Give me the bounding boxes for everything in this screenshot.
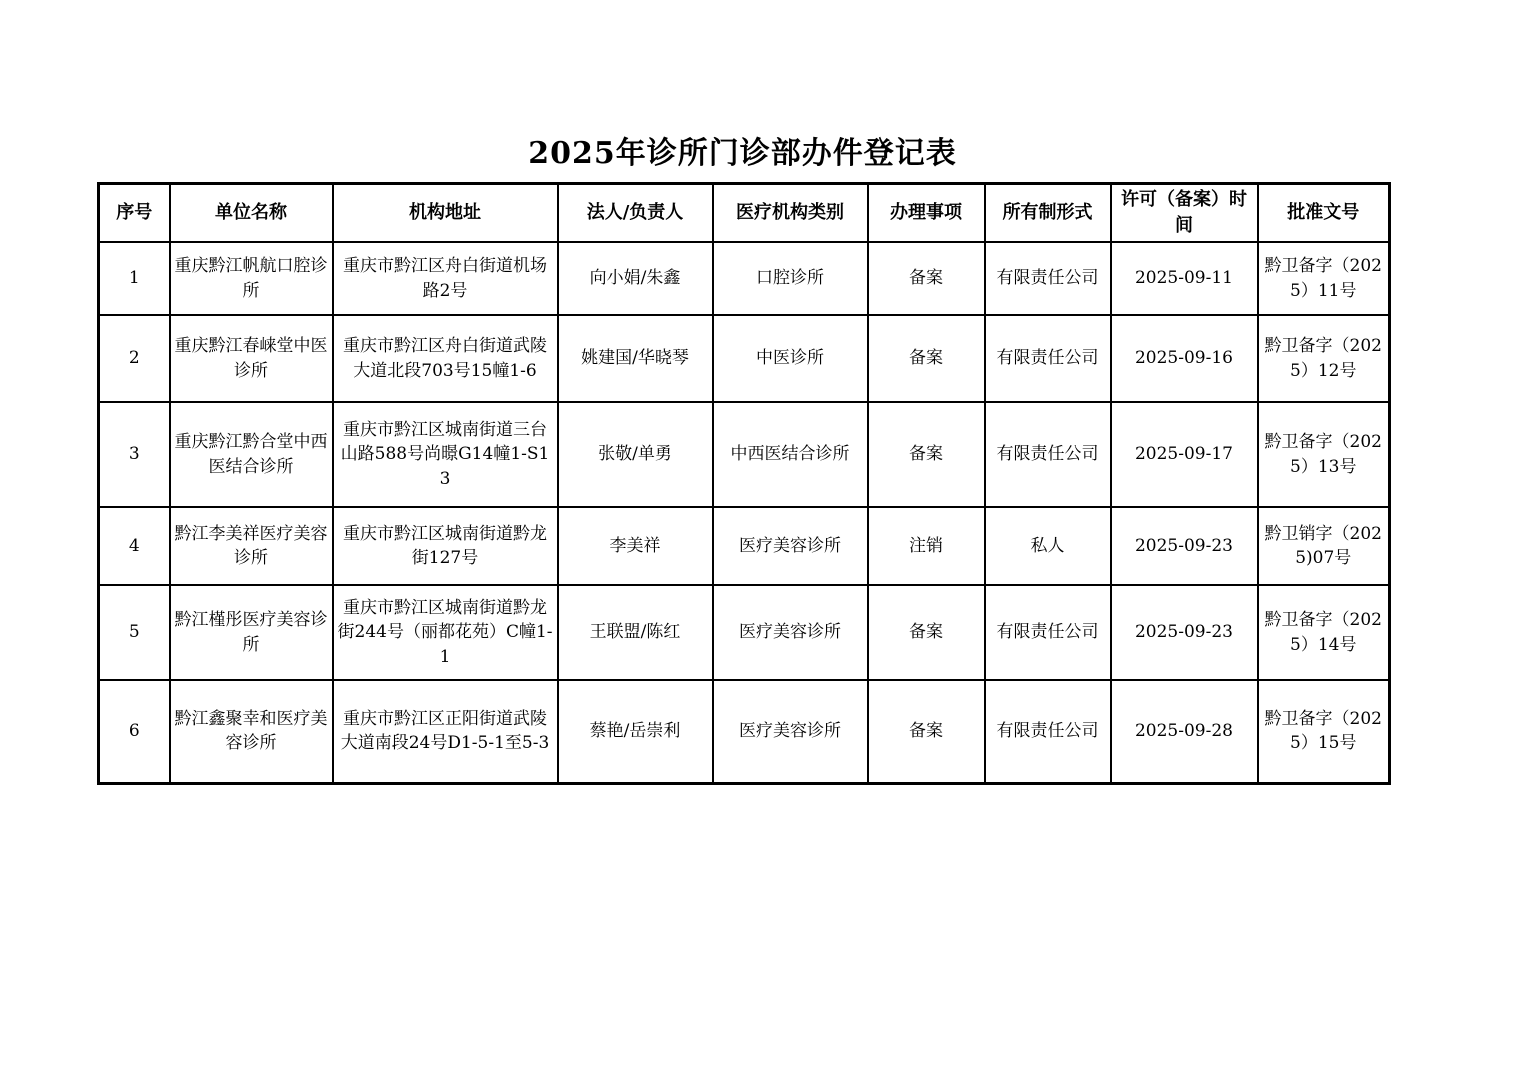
table-header-row: 序号 单位名称 机构地址 法人/负责人 医疗机构类别 办理事项 所有制形式 许可…	[99, 184, 1390, 243]
cell-license-time: 2025-09-23	[1111, 585, 1258, 680]
cell-legal-person: 姚建国/华晓琴	[558, 315, 713, 402]
column-header-unit-name: 单位名称	[170, 184, 333, 243]
cell-ownership: 有限责任公司	[985, 242, 1111, 315]
table-row: 6 黔江鑫聚幸和医疗美容诊所 重庆市黔江区正阳街道武陵大道南段24号D1-5-1…	[99, 680, 1390, 783]
cell-seq: 4	[99, 507, 170, 585]
column-header-legal-person: 法人/负责人	[558, 184, 713, 243]
table-row: 4 黔江李美祥医疗美容诊所 重庆市黔江区城南街道黔龙街127号 李美祥 医疗美容…	[99, 507, 1390, 585]
cell-matter: 备案	[868, 315, 985, 402]
cell-unit-name: 重庆黔江黔合堂中西医结合诊所	[170, 402, 333, 507]
cell-license-time: 2025-09-17	[1111, 402, 1258, 507]
cell-seq: 6	[99, 680, 170, 783]
cell-unit-name: 重庆黔江春崃堂中医诊所	[170, 315, 333, 402]
table-row: 2 重庆黔江春崃堂中医诊所 重庆市黔江区舟白街道武陵大道北段703号15幢1-6…	[99, 315, 1390, 402]
cell-license-time: 2025-09-11	[1111, 242, 1258, 315]
cell-approval-no: 黔卫销字（2025)07号	[1258, 507, 1390, 585]
cell-category: 医疗美容诊所	[713, 585, 868, 680]
cell-address: 重庆市黔江区城南街道黔龙街244号（丽都花苑）C幢1-1	[333, 585, 558, 680]
column-header-ownership: 所有制形式	[985, 184, 1111, 243]
cell-approval-no: 黔卫备字（2025）14号	[1258, 585, 1390, 680]
cell-category: 中医诊所	[713, 315, 868, 402]
cell-address: 重庆市黔江区城南街道三台山路588号尚暻G14幢1-S13	[333, 402, 558, 507]
cell-category: 医疗美容诊所	[713, 507, 868, 585]
cell-legal-person: 李美祥	[558, 507, 713, 585]
cell-ownership: 有限责任公司	[985, 585, 1111, 680]
column-header-matter: 办理事项	[868, 184, 985, 243]
cell-address: 重庆市黔江区舟白街道武陵大道北段703号15幢1-6	[333, 315, 558, 402]
cell-legal-person: 王联盟/陈红	[558, 585, 713, 680]
cell-unit-name: 黔江槿彤医疗美容诊所	[170, 585, 333, 680]
document-title: 2025年诊所门诊部办件登记表	[97, 128, 1388, 172]
table-row: 1 重庆黔江帆航口腔诊所 重庆市黔江区舟白街道机场路2号 向小娟/朱鑫 口腔诊所…	[99, 242, 1390, 315]
document-page: 2025年诊所门诊部办件登记表 序号 单位名称 机构地址 法人/负责人 医疗机构…	[0, 0, 1520, 1074]
cell-legal-person: 张敬/单勇	[558, 402, 713, 507]
column-header-approval-no: 批准文号	[1258, 184, 1390, 243]
cell-approval-no: 黔卫备字（2025）11号	[1258, 242, 1390, 315]
cell-license-time: 2025-09-16	[1111, 315, 1258, 402]
cell-matter: 备案	[868, 585, 985, 680]
cell-ownership: 有限责任公司	[985, 680, 1111, 783]
column-header-license-time: 许可（备案）时间	[1111, 184, 1258, 243]
cell-ownership: 有限责任公司	[985, 315, 1111, 402]
column-header-seq: 序号	[99, 184, 170, 243]
cell-matter: 备案	[868, 402, 985, 507]
cell-category: 中西医结合诊所	[713, 402, 868, 507]
table-row: 3 重庆黔江黔合堂中西医结合诊所 重庆市黔江区城南街道三台山路588号尚暻G14…	[99, 402, 1390, 507]
column-header-address: 机构地址	[333, 184, 558, 243]
cell-approval-no: 黔卫备字（2025）13号	[1258, 402, 1390, 507]
cell-license-time: 2025-09-28	[1111, 680, 1258, 783]
cell-matter: 备案	[868, 680, 985, 783]
cell-category: 口腔诊所	[713, 242, 868, 315]
cell-license-time: 2025-09-23	[1111, 507, 1258, 585]
cell-unit-name: 黔江李美祥医疗美容诊所	[170, 507, 333, 585]
cell-unit-name: 重庆黔江帆航口腔诊所	[170, 242, 333, 315]
cell-seq: 3	[99, 402, 170, 507]
cell-ownership: 私人	[985, 507, 1111, 585]
cell-address: 重庆市黔江区城南街道黔龙街127号	[333, 507, 558, 585]
cell-approval-no: 黔卫备字（2025）15号	[1258, 680, 1390, 783]
cell-approval-no: 黔卫备字（2025）12号	[1258, 315, 1390, 402]
cell-category: 医疗美容诊所	[713, 680, 868, 783]
cell-unit-name: 黔江鑫聚幸和医疗美容诊所	[170, 680, 333, 783]
cell-seq: 1	[99, 242, 170, 315]
cell-matter: 备案	[868, 242, 985, 315]
registration-table: 序号 单位名称 机构地址 法人/负责人 医疗机构类别 办理事项 所有制形式 许可…	[97, 182, 1391, 785]
cell-ownership: 有限责任公司	[985, 402, 1111, 507]
table-row: 5 黔江槿彤医疗美容诊所 重庆市黔江区城南街道黔龙街244号（丽都花苑）C幢1-…	[99, 585, 1390, 680]
cell-seq: 5	[99, 585, 170, 680]
cell-legal-person: 蔡艳/岳崇利	[558, 680, 713, 783]
column-header-category: 医疗机构类别	[713, 184, 868, 243]
cell-legal-person: 向小娟/朱鑫	[558, 242, 713, 315]
cell-address: 重庆市黔江区正阳街道武陵大道南段24号D1-5-1至5-3	[333, 680, 558, 783]
cell-seq: 2	[99, 315, 170, 402]
cell-address: 重庆市黔江区舟白街道机场路2号	[333, 242, 558, 315]
cell-matter: 注销	[868, 507, 985, 585]
